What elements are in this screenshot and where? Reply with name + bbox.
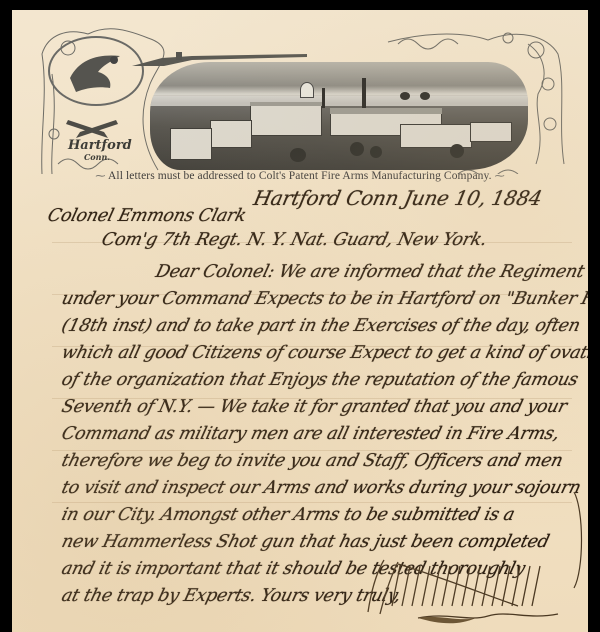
city-label: Hartford Conn.: [68, 140, 126, 162]
eagle-icon: [48, 36, 144, 106]
body-line: therefore we beg to invite you and Staff…: [60, 451, 565, 471]
address-line: Com'g 7th Regt. N. Y. Nat. Guard, New Yo…: [100, 230, 489, 250]
printed-notice: ⁓ All letters must be addressed to Colt'…: [12, 170, 588, 182]
address-line: Colonel Emmons Clark: [46, 206, 249, 226]
salutation: Dear Colonel: We are informed that the R…: [154, 262, 587, 282]
letterhead: Hartford Conn.: [38, 24, 568, 174]
crossed-pistols-icon: [64, 116, 120, 138]
swash-icon: ⁓: [95, 171, 108, 182]
dateline: Hartford Conn June 10, 1884: [251, 186, 544, 210]
body-line: (18th inst) and to take part in the Exer…: [60, 316, 583, 336]
signature: [358, 556, 568, 626]
body-line: in our City. Amongst other Arms to be su…: [60, 505, 517, 525]
body-line: which all good Citizens of course Expect…: [60, 343, 588, 363]
body-line: of the organization that Enjoys the repu…: [60, 370, 581, 390]
factory-illustration: [150, 62, 528, 170]
body-line: new Hammerless Shot gun that has just be…: [60, 532, 552, 552]
body-line: Command as military men are all interest…: [60, 424, 562, 444]
bracket-flourish: [572, 490, 586, 590]
body-line: Seventh of N.Y. — We take it for granted…: [60, 397, 569, 417]
body-line: at the trap by Experts. Yours very truly…: [60, 586, 403, 606]
letter-page: Hartford Conn. ⁓ All letters must be add…: [12, 10, 588, 632]
body-line: under your Command Expects to be in Hart…: [60, 289, 588, 309]
swash-icon: ⁓: [495, 171, 505, 182]
rifle-icon: [132, 50, 312, 70]
body-line: to visit and inspect our Arms and works …: [60, 478, 583, 498]
